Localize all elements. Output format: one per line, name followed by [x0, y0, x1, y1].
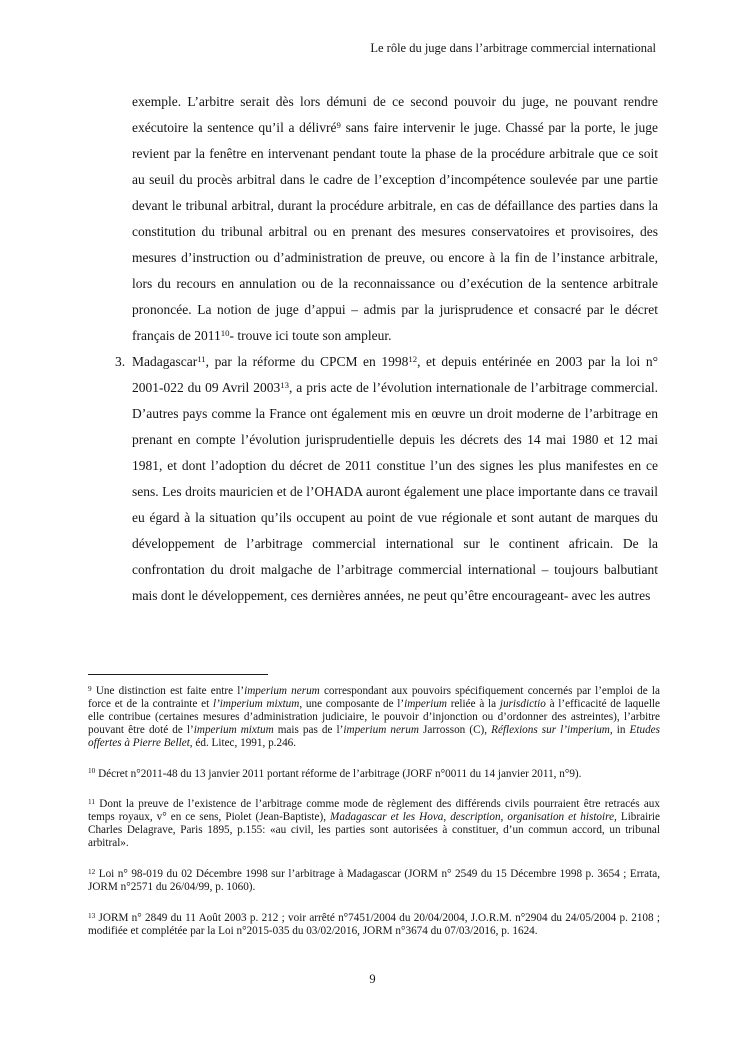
paragraph-text: exemple. L’arbitre serait dès lors démun…	[132, 94, 658, 343]
footnote-separator	[88, 674, 268, 675]
running-header: Le rôle du juge dans l’arbitrage commerc…	[0, 41, 656, 56]
footnote-10: 10 Décret n°2011-48 du 13 janvier 2011 p…	[88, 768, 660, 781]
footnote-12: 12 Loi n° 98-019 du 02 Décembre 1998 sur…	[88, 868, 660, 894]
body-text: exemple. L’arbitre serait dès lors démun…	[132, 89, 658, 609]
document-page: Le rôle du juge dans l’arbitrage commerc…	[0, 0, 745, 1053]
footnote-9: 9 Une distinction est faite entre l’impe…	[88, 685, 660, 750]
footnote-11: 11 Dont la preuve de l’existence de l’ar…	[88, 798, 660, 850]
paragraph-text: Madagascar11, par la réforme du CPCM en …	[132, 354, 658, 603]
body-paragraph-continuation: exemple. L’arbitre serait dès lors démun…	[132, 89, 658, 349]
paragraph-number: 3.	[115, 349, 125, 375]
footnote-13: 13 JORM n° 2849 du 11 Août 2003 p. 212 ;…	[88, 912, 660, 938]
page-number: 9	[0, 972, 745, 987]
footnotes-section: 9 Une distinction est faite entre l’impe…	[88, 674, 660, 956]
body-paragraph-3: 3. Madagascar11, par la réforme du CPCM …	[132, 349, 658, 609]
